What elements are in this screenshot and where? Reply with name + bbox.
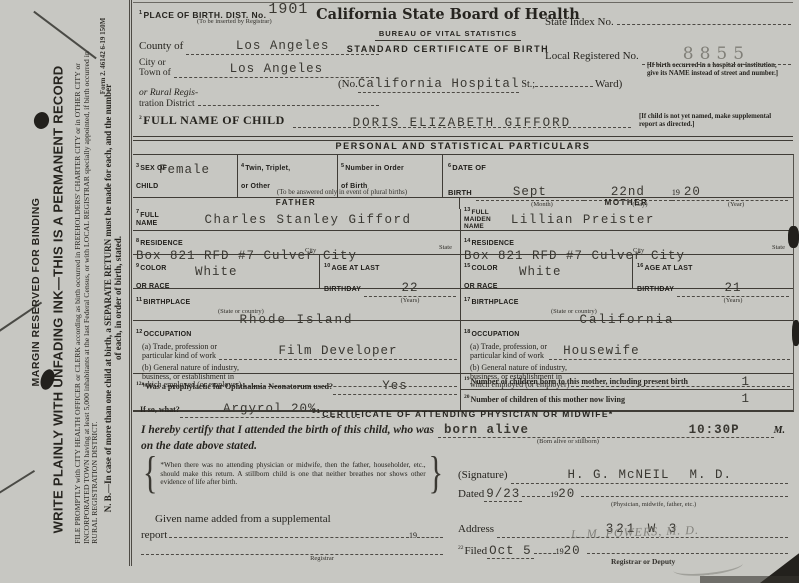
scan-shadow-bottom <box>700 576 799 583</box>
physician-footnote: { *When there was no attending physician… <box>143 457 443 491</box>
street-label: St.; <box>521 79 535 90</box>
father-header: FATHER <box>133 198 460 209</box>
field-number: 4 <box>241 163 244 169</box>
particulars-title: PERSONAL AND STATISTICAL PARTICULARS <box>133 141 793 151</box>
certificate-title: 21CERTIFICATE OF ATTENDING PHYSICIAN OR … <box>133 409 793 419</box>
child-name-label: 2FULL NAME OF CHILD <box>139 113 285 128</box>
sex-cell: 3SEX OFCHILD Female <box>133 155 238 197</box>
field-number: 13 <box>464 207 471 213</box>
physician-certificate-section: 21CERTIFICATE OF ATTENDING PHYSICIAN OR … <box>133 407 793 583</box>
ward-label: Ward) <box>595 78 622 90</box>
scan-artifact <box>788 226 799 248</box>
bureau-subtitle: BUREAU OF VITAL STATISTICS <box>375 28 521 41</box>
mother-name-value: Lillian Preister <box>511 213 655 227</box>
mother-occupation-value: Housewife <box>563 344 640 358</box>
state-caption: State <box>439 244 452 251</box>
birth-year-value: 20 <box>684 185 701 199</box>
birth-time-value: 10:30P <box>689 423 740 437</box>
hospital-no-label: (No. <box>338 78 358 90</box>
field-number: 14 <box>464 238 471 244</box>
children-living-value: 1 <box>741 392 750 406</box>
district-number-value: 1901 <box>268 1 308 18</box>
row-sex-date: 3SEX OFCHILD Female 4Twin, Triplet,or Ot… <box>133 155 793 198</box>
year-prefix: 19 <box>672 188 680 197</box>
state-country-caption: (State or country) <box>218 308 264 315</box>
father-race-value: White <box>195 265 238 279</box>
sex-value: Female <box>159 163 210 177</box>
physician-md-suffix: M. D. <box>689 468 732 482</box>
city-caption: City <box>305 247 316 254</box>
filed-label: 22Filed <box>458 545 487 557</box>
report-label: report <box>141 529 167 541</box>
children-living-row: 20Number of children of this mother now … <box>461 390 793 408</box>
dated-value: 9/23 <box>484 487 522 502</box>
field-number: 19 <box>464 376 470 382</box>
parent-columns: 7FULLNAME Charles Stanley Gifford 8RESID… <box>133 209 793 410</box>
margin-reserved-text: MARGIN RESERVED FOR BINDING <box>30 12 42 572</box>
standard-certificate-title: STANDARD CERTIFICATE OF BIRTH <box>313 44 583 54</box>
child-naming-note: [If child is not yet named, make supplem… <box>639 113 787 129</box>
filed-date-value: Oct 5 <box>487 544 534 559</box>
supplemental-report-block: Given name added from a supplemental rep… <box>141 513 443 562</box>
form-left-border <box>129 0 132 566</box>
born-alive-caption: (Born alive or stillborn) <box>537 438 599 445</box>
parent-headers: FATHER MOTHER <box>133 198 793 209</box>
year-prefix: 19 <box>550 490 558 499</box>
field-number: 12 <box>136 329 143 335</box>
field-number: 16 <box>637 263 644 269</box>
certify-statement-2: on the date above stated. <box>141 440 257 452</box>
state-country-caption: (State or country) <box>551 308 597 315</box>
file-promptly-text: FILE PROMPTLY with CITY HEALTH OFFICER o… <box>74 44 100 544</box>
city-value: Los Angeles <box>230 62 324 76</box>
field-number: 21 <box>312 409 321 415</box>
signature-label: (Signature) <box>458 469 507 481</box>
county-label: County of <box>139 40 183 52</box>
registrar-stamp: L. M. POWERS, M. D. <box>571 523 699 542</box>
hospital-name-value: California Hospital <box>358 77 520 91</box>
nb-note-text: N. B.—In case of more than one child at … <box>103 83 123 513</box>
mother-column: 13FULLMAIDENNAME Lillian Preister 14RESI… <box>461 209 793 410</box>
field-number: 5 <box>341 163 344 169</box>
father-name-value: Charles Stanley Gifford <box>159 213 457 227</box>
physician-signature-value: H. G. McNEIL <box>567 468 669 482</box>
physician-caption: (Physician, midwife, father, etc.) <box>611 501 696 508</box>
prophylactic-question: Was a prophylactic for Ophthalmia Neonat… <box>145 382 333 391</box>
prophylactic-answer: Yes <box>382 379 408 393</box>
birth-month-value: Sept <box>513 185 547 199</box>
children-born-value: 1 <box>741 375 750 389</box>
child-name-value: DORIS ELIZABETH GIFFORD <box>353 116 572 130</box>
board-of-health-title: California State Board of Health <box>313 6 583 23</box>
field-number: 9 <box>136 263 139 269</box>
field-number: 3 <box>136 163 139 169</box>
field-number: 7 <box>136 209 139 215</box>
certify-statement: I hereby certify that I attended the bir… <box>141 424 434 436</box>
mother-header: MOTHER <box>460 198 793 209</box>
field-number: 10 <box>324 263 331 269</box>
field-number: 15 <box>464 263 471 269</box>
children-born-row: 19Number of children born to this mother… <box>461 374 793 390</box>
field-number: 8 <box>136 238 139 244</box>
certificate-form: 1PLACE OF BIRTH. DIST. No. 1901 (To be i… <box>133 0 799 583</box>
state-index-label: State Index No. <box>545 16 614 28</box>
write-plainly-text: WRITE PLAINLY WITH UNFADING INK—THIS IS … <box>51 12 66 583</box>
scan-artifact <box>792 320 799 346</box>
field-number: 1 <box>139 10 142 16</box>
brace-left: { <box>143 449 157 500</box>
field-number: 6 <box>448 163 451 169</box>
state-caption: State <box>772 244 785 251</box>
local-registered-value: 8855 <box>683 44 750 64</box>
plural-births-note: (To be answered only in event of plural … <box>241 188 443 196</box>
prophylactic-block: 12aWas a prophylactic for Ophthalmia Neo… <box>133 374 460 410</box>
address-label: Address <box>458 523 494 535</box>
registrar-deputy-caption: Registrar or Deputy <box>611 557 675 566</box>
field-number: 11 <box>136 297 142 303</box>
registrar-caption: Registrar <box>201 555 443 562</box>
field-number: 20 <box>464 394 470 400</box>
date-of-birth-cell: 6DATE OF BIRTH Sept 22nd 19 20 (Month) (… <box>443 155 793 197</box>
form-header: 1PLACE OF BIRTH. DIST. No. 1901 (To be i… <box>133 0 793 136</box>
field-number: 18 <box>464 329 471 335</box>
registrar-insert-note: (To be inserted by Registrar) <box>197 18 272 25</box>
field-number: 2 <box>139 115 142 121</box>
birth-day-value: 22nd <box>611 185 645 199</box>
local-registered-label: Local Registered No. <box>545 50 639 62</box>
dated-label: Dated <box>458 488 484 500</box>
field-number: 22 <box>458 545 464 551</box>
year-prefix: 19 <box>556 547 564 556</box>
field-number: 17 <box>464 297 471 303</box>
year-prefix: 19 <box>409 531 417 540</box>
field-number: 12a <box>136 381 144 387</box>
born-alive-value: born alive <box>444 423 529 437</box>
particulars-table: 3SEX OFCHILD Female 4Twin, Triplet,or Ot… <box>133 154 794 412</box>
scanned-birth-certificate: { "margin": { "form_no": "Form 2. 46142 … <box>0 0 799 583</box>
dated-year-value: 20 <box>558 487 575 501</box>
brace-right: } <box>429 449 443 500</box>
board-title-block: California State Board of Health BUREAU … <box>313 6 583 54</box>
city-caption: City <box>633 247 644 254</box>
father-column: 7FULLNAME Charles Stanley Gifford 8RESID… <box>133 209 461 410</box>
meridiem-label: M. <box>774 425 785 436</box>
father-occupation-value: Film Developer <box>279 344 398 358</box>
mother-race-value: White <box>519 265 562 279</box>
filed-year-value: 20 <box>564 544 581 558</box>
city-town-label: City or Town of <box>139 58 171 78</box>
